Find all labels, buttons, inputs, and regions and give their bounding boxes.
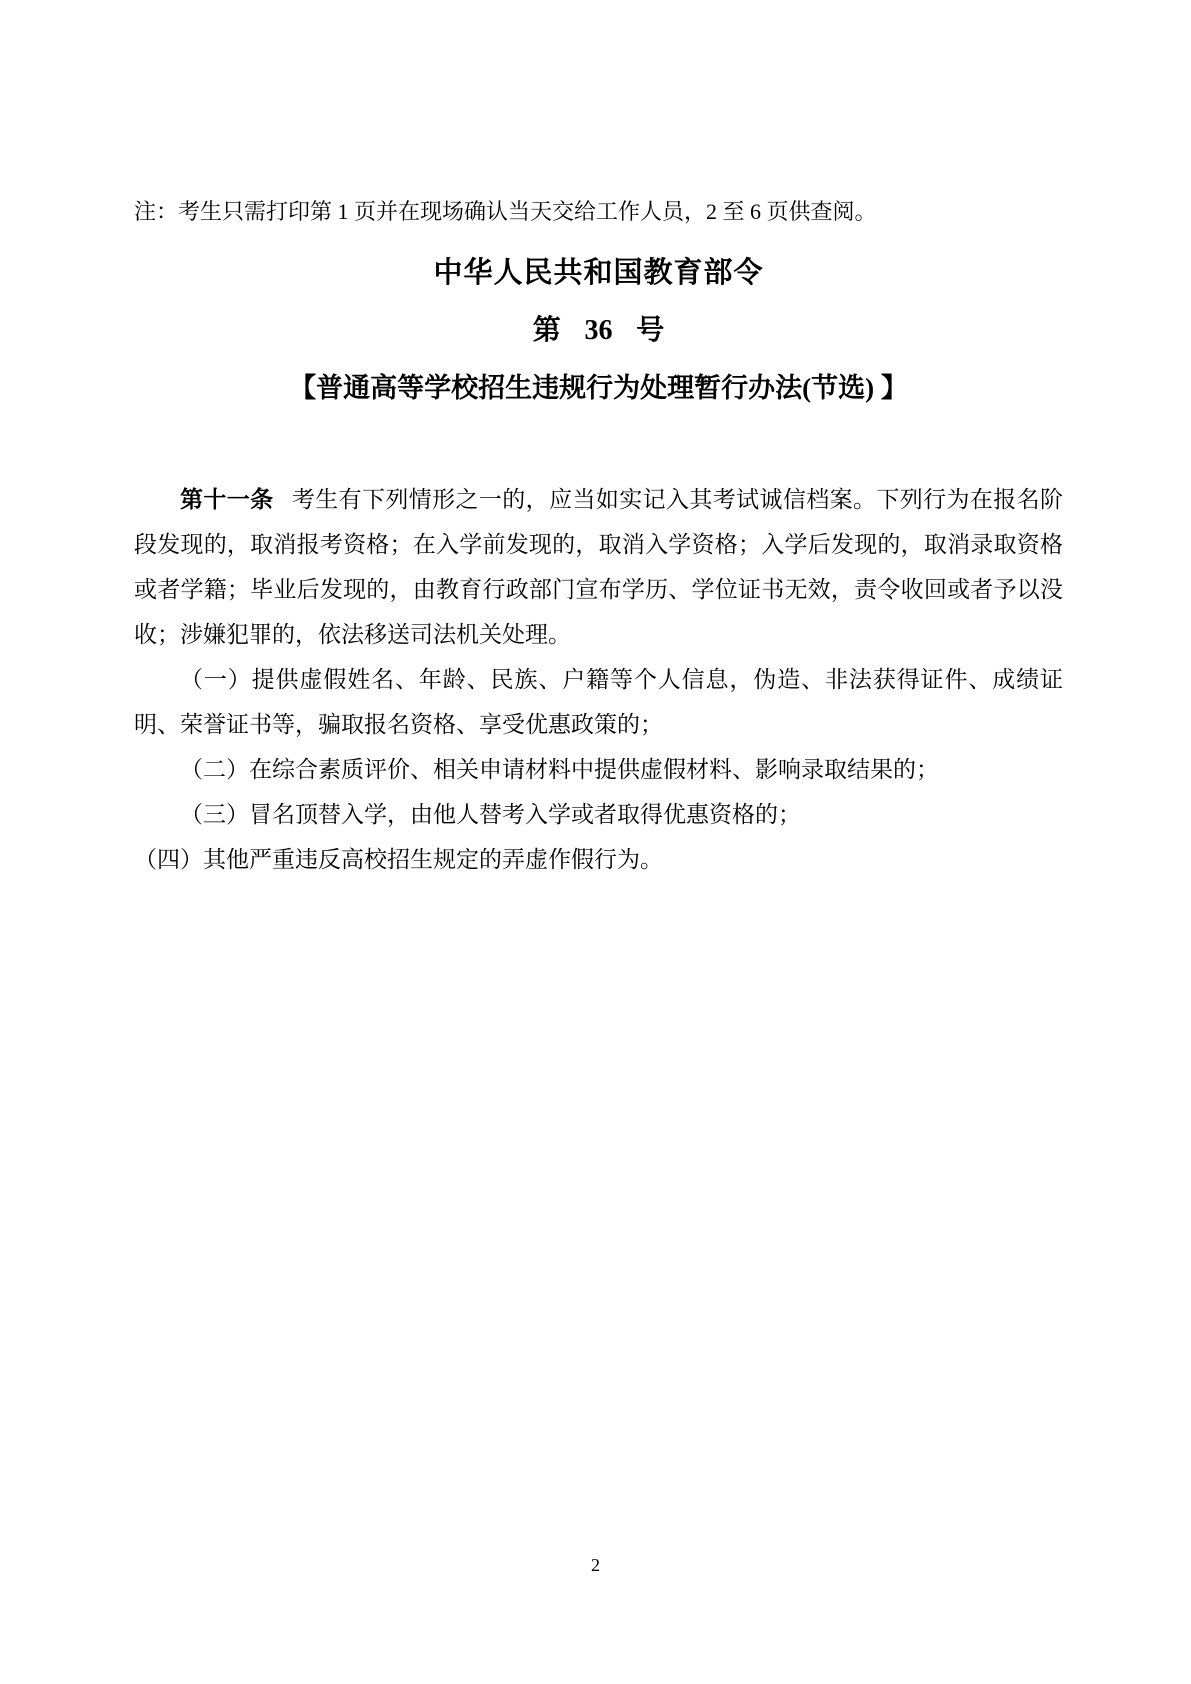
article-item-1: （一）提供虚假姓名、年龄、民族、户籍等个人信息，伪造、非法获得证件、成绩证明、荣… — [134, 657, 1063, 747]
decree-number-line: 第36号 — [134, 313, 1063, 349]
document-page: 注：考生只需打印第 1 页并在现场确认当天交给工作人员，2 至 6 页供查阅。 … — [0, 0, 1191, 1684]
print-instruction-note: 注：考生只需打印第 1 页并在现场确认当天交给工作人员，2 至 6 页供查阅。 — [134, 197, 1063, 227]
article-body: 第十一条考生有下列情形之一的，应当如实记入其考试诚信档案。下列行为在报名阶段发现… — [134, 477, 1063, 882]
article-paragraph: 第十一条考生有下列情形之一的，应当如实记入其考试诚信档案。下列行为在报名阶段发现… — [134, 477, 1063, 657]
article-label: 第十一条 — [180, 487, 292, 512]
regulation-title: 【普通高等学校招生违规行为处理暂行办法(节选) 】 — [134, 370, 1063, 406]
article-item-4: （四）其他严重违反高校招生规定的弄虚作假行为。 — [134, 837, 1063, 882]
page-number: 2 — [0, 1553, 1191, 1577]
document-title: 中华人民共和国教育部令 — [134, 255, 1063, 291]
document-content: 注：考生只需打印第 1 页并在现场确认当天交给工作人员，2 至 6 页供查阅。 … — [0, 0, 1191, 882]
decree-suffix: 号 — [636, 315, 664, 346]
article-item-2: （二）在综合素质评价、相关申请材料中提供虚假材料、影响录取结果的； — [134, 747, 1063, 792]
decree-number: 36 — [585, 313, 613, 349]
article-item-3: （三）冒名顶替入学，由他人替考入学或者取得优惠资格的； — [134, 792, 1063, 837]
decree-prefix: 第 — [533, 315, 561, 346]
